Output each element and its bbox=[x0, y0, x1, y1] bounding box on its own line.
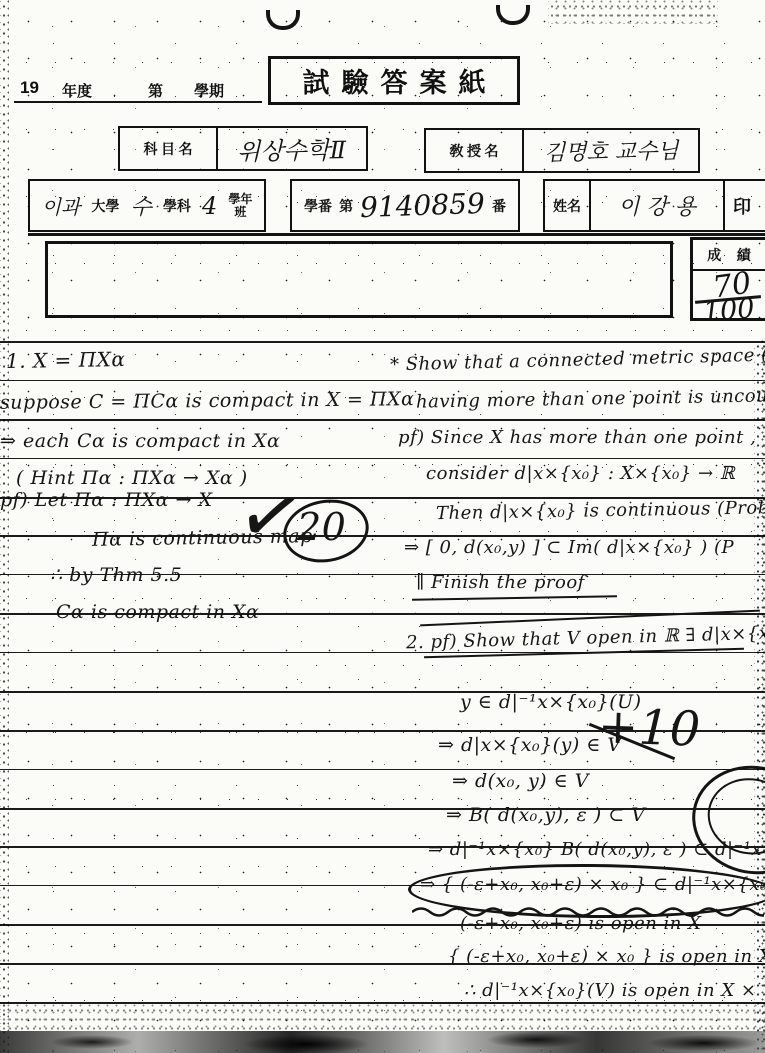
score-total: 100 bbox=[702, 293, 756, 328]
punch-hole-icon bbox=[266, 10, 300, 30]
college-label: 大學 bbox=[91, 196, 119, 216]
year-value: 19 bbox=[20, 78, 39, 98]
score-box: 成 績 70 100 bbox=[690, 237, 765, 321]
ruled-line bbox=[0, 419, 765, 421]
ruled-line bbox=[0, 341, 765, 343]
grade-label-top: 學年 bbox=[228, 193, 252, 206]
name-label-cell: 姓名 bbox=[545, 181, 591, 230]
term-label: 學期 bbox=[194, 80, 224, 101]
answer-line: 1. X = ΠXα bbox=[6, 347, 126, 373]
margin-circle-scribble bbox=[684, 756, 765, 884]
answer-line: ( Hint Πα : ΠXα → Xα ) bbox=[16, 467, 248, 489]
answer-line: ⇒ d|x×{x₀}(y) ∈ V bbox=[438, 734, 622, 756]
answer-line: Cα is compact in Xα bbox=[56, 601, 259, 623]
subject-value: 위상수학Ⅱ bbox=[237, 130, 347, 167]
exam-answer-sheet-scan: 19 年度 第 學期 試驗答案紙 科 目 名 위상수학Ⅱ 敎 授 名 김명호 교… bbox=[0, 0, 765, 1053]
dept-label: 學科 bbox=[163, 196, 191, 216]
student-number-prefix: 第 bbox=[339, 196, 353, 216]
answer-line: ⇒ d(x₀, y) ∈ V bbox=[452, 770, 589, 792]
subject-label: 科 目 名 bbox=[144, 139, 193, 159]
answer-line: having more than one point is uncountabl… bbox=[416, 384, 765, 412]
dept-value: 수 bbox=[130, 190, 151, 221]
answer-line: pf) Since X has more than one point , bbox=[398, 427, 756, 448]
scan-noise-left-edge bbox=[0, 0, 9, 1053]
professor-box: 敎 授 名 김명호 교수님 bbox=[424, 128, 700, 173]
answer-line: * Show that a connected metric space (X,… bbox=[390, 344, 765, 376]
professor-label-cell: 敎 授 名 bbox=[426, 130, 524, 171]
ruled-line bbox=[0, 691, 765, 693]
answer-line: pf) Let Πα : ΠXα → X bbox=[0, 489, 213, 511]
answer-line: consider d|x×{x₀} : X×{x₀} → ℝ bbox=[426, 463, 735, 484]
wavy-underline bbox=[412, 906, 764, 918]
student-number-box: 學番 第 9140859 番 bbox=[290, 179, 520, 232]
grade-label-bottom: 班 bbox=[234, 206, 246, 219]
ruled-line bbox=[0, 808, 765, 810]
seal-stamp: 印 bbox=[733, 197, 751, 217]
header-separator-line bbox=[28, 233, 765, 236]
year-label: 年度 bbox=[62, 80, 92, 101]
answer-line: ⇒ B( d(x₀,y), ε ) ⊂ V bbox=[446, 804, 645, 826]
answer-line: ∥ Finish the proof bbox=[416, 572, 585, 593]
empty-notes-box bbox=[45, 241, 673, 318]
problem1-score: 20 bbox=[297, 505, 346, 549]
score-label: 成 績 bbox=[707, 245, 757, 265]
student-number-value: 9140859 bbox=[360, 187, 486, 224]
professor-value: 김명호 교수님 bbox=[543, 134, 678, 167]
title-box: 試驗答案紙 bbox=[268, 56, 520, 105]
name-value: 이 강 용 bbox=[618, 190, 696, 221]
scan-noise-bottom-bar bbox=[0, 1031, 765, 1053]
ruled-line bbox=[0, 458, 765, 459]
answer-line: ⇒ each Cα is compact in Xα bbox=[0, 430, 280, 452]
sheet-title: 試驗答案紙 bbox=[303, 61, 498, 100]
college-value: 이과 bbox=[42, 191, 81, 220]
term-prefix-label: 第 bbox=[148, 80, 163, 101]
ruled-line bbox=[0, 769, 765, 770]
finish-proof-underline bbox=[412, 595, 617, 601]
student-number-label: 學番 bbox=[304, 196, 332, 216]
answer-line: ⇒ [ 0, d(x₀,y) ] ⊂ Im( d|x×{x₀} ) (P bbox=[404, 537, 734, 558]
answer-line: suppose C = ΠCα is compact in X = ΠXα bbox=[0, 388, 414, 414]
answer-line: { (-ε+x₀, x₀+ε) × x₀ } is open in X × bbox=[448, 946, 765, 967]
grade-value: 4 bbox=[202, 192, 217, 220]
scan-noise-top-right bbox=[548, 0, 718, 24]
answer-line: Then d|x×{x₀} is continuous (Prob 2) bbox=[436, 497, 765, 524]
answer-line: ∴ by Thm 5.5 bbox=[50, 564, 182, 586]
subject-box: 科 目 名 위상수학Ⅱ bbox=[118, 126, 368, 171]
college-dept-box: 이과 大學 수 學科 4 學年 班 bbox=[28, 179, 266, 232]
subject-label-cell: 科 目 名 bbox=[120, 128, 218, 169]
scan-noise-right-edge bbox=[754, 340, 765, 1053]
ruled-line bbox=[0, 380, 765, 381]
name-box: 姓名 이 강 용 印 bbox=[543, 179, 765, 232]
name-label: 姓名 bbox=[553, 196, 581, 216]
student-number-suffix: 番 bbox=[492, 196, 506, 216]
professor-label: 敎 授 名 bbox=[450, 141, 499, 161]
answer-line: ∴ d|⁻¹x×{x₀}(V) is open in X × { bbox=[464, 980, 765, 1001]
header-underline bbox=[14, 101, 262, 103]
scan-noise-bottom-band bbox=[0, 1004, 765, 1032]
punch-hole-icon bbox=[496, 5, 530, 25]
